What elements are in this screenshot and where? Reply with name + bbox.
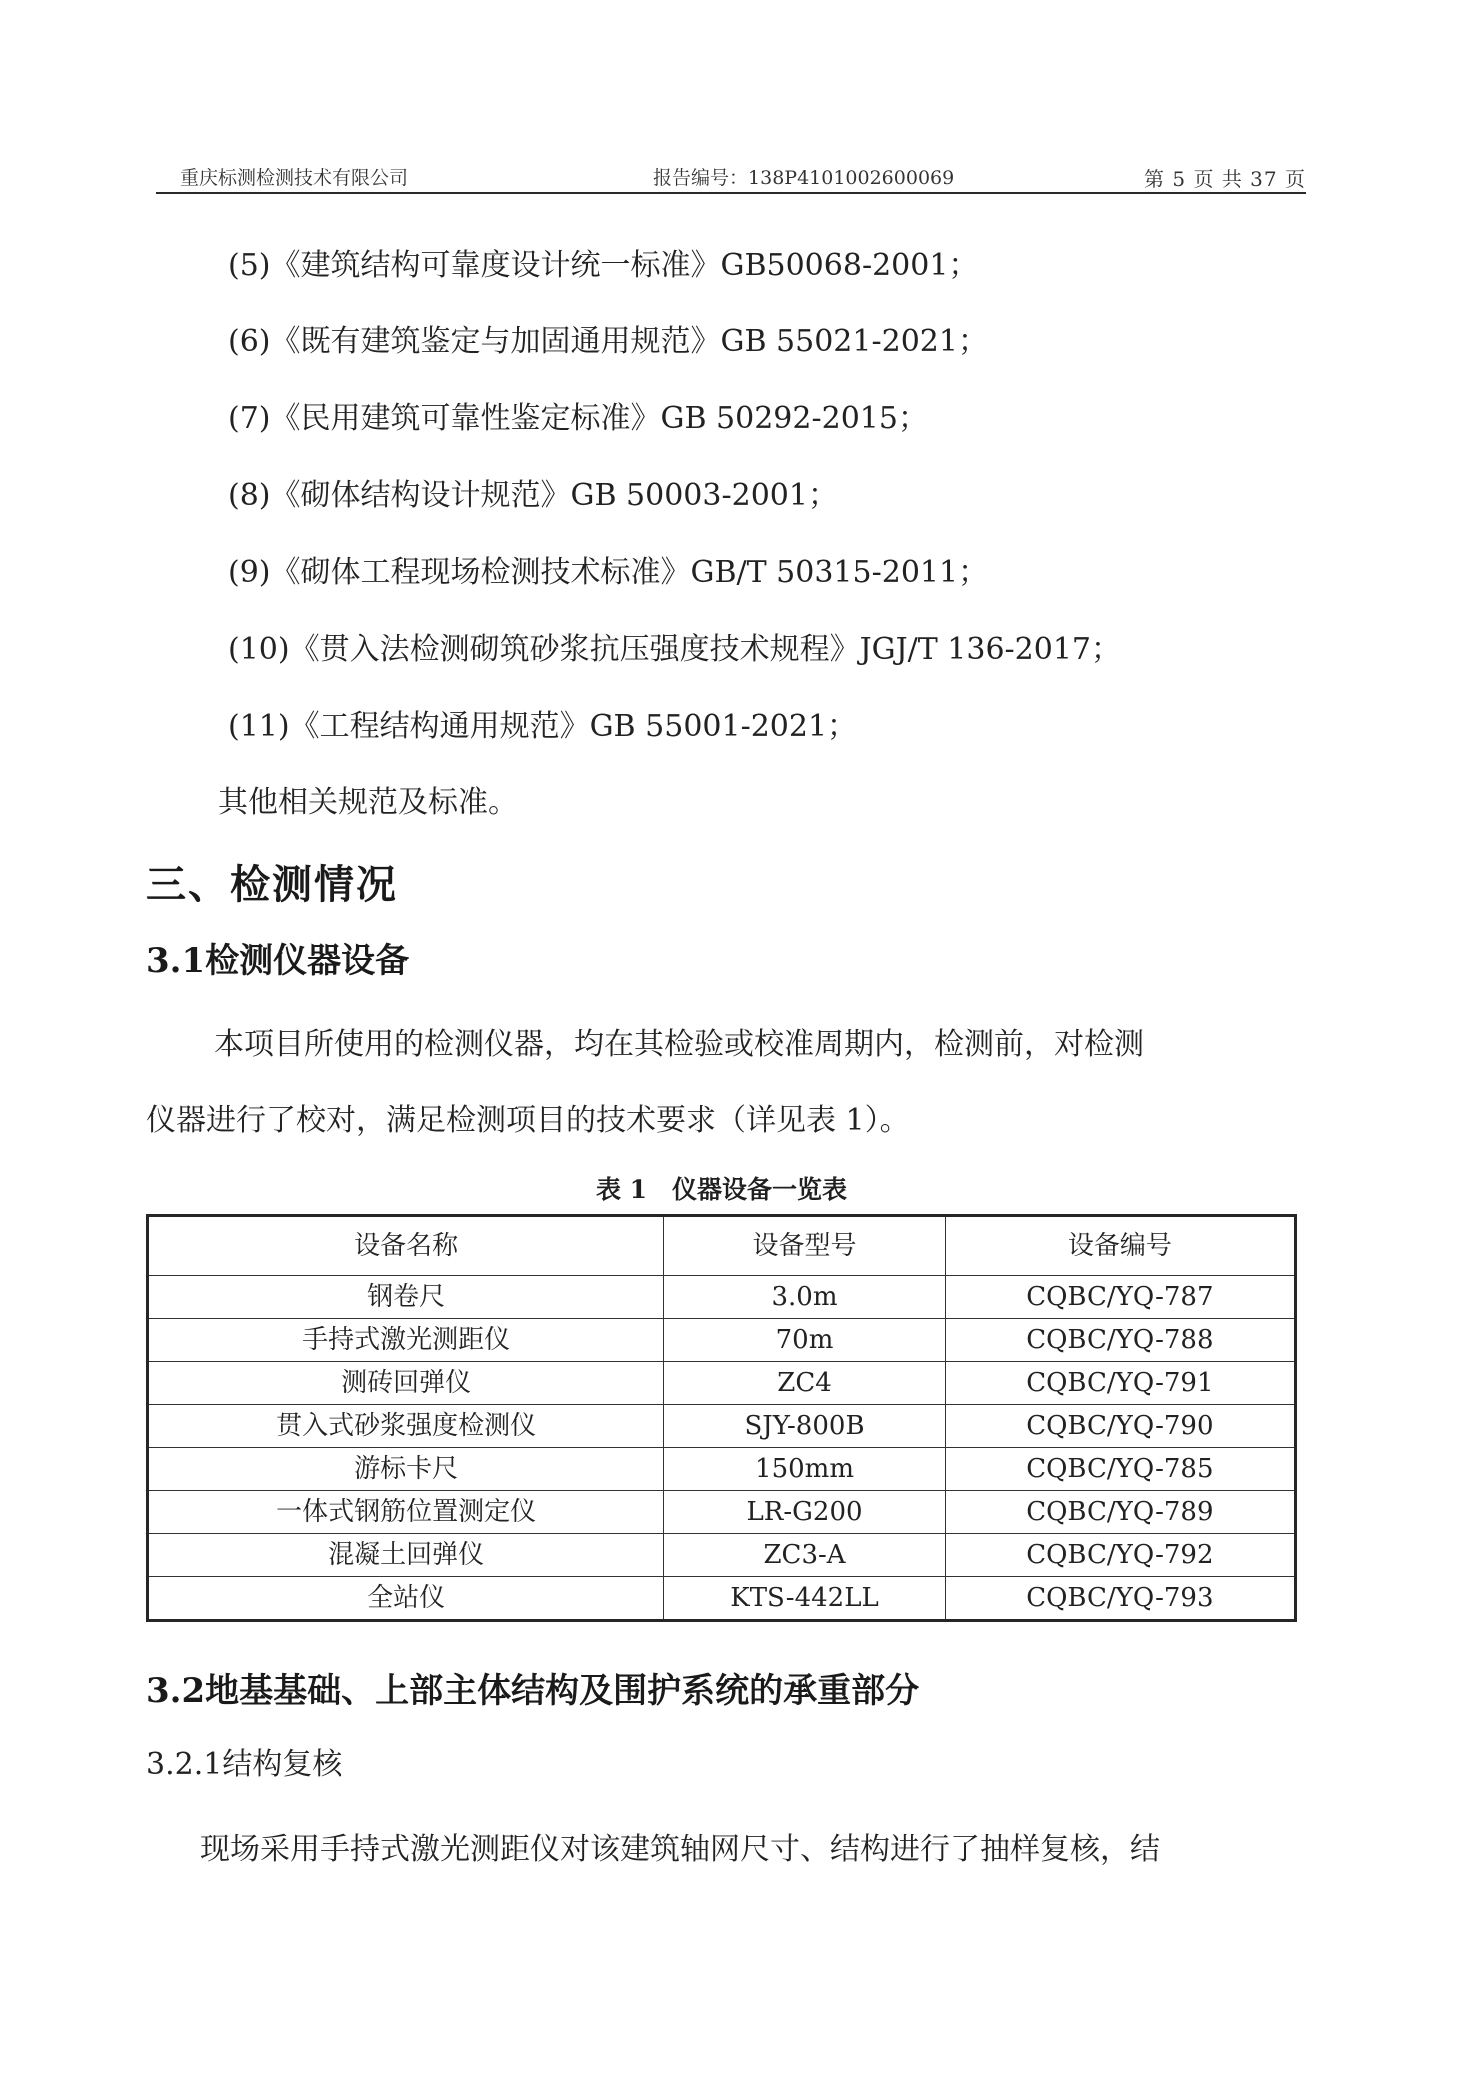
table-row: 游标卡尺 150mm CQBC/YQ-785	[148, 1448, 1296, 1491]
table-row: 贯入式砂浆强度检测仪 SJY-800B CQBC/YQ-790	[148, 1405, 1296, 1448]
cell-name: 一体式钢筋位置测定仪	[148, 1491, 664, 1534]
reference-number: (10)	[228, 632, 290, 667]
reference-number: (8)	[228, 478, 271, 513]
reference-title: 《工程结构通用规范》	[290, 709, 590, 744]
cell-name: 手持式激光测距仪	[148, 1319, 664, 1362]
reference-code: GB 50292-2015；	[661, 401, 928, 436]
references-other: 其他相关规范及标准。	[218, 783, 518, 823]
document-page: 重庆标测检测技术有限公司 报告编号：138P4101002600069 第 5 …	[0, 0, 1457, 2075]
table-row: 钢卷尺 3.0m CQBC/YQ-787	[148, 1276, 1296, 1319]
page-header: 重庆标测检测技术有限公司 报告编号：138P4101002600069 第 5 …	[156, 160, 1306, 200]
cell-model: LR-G200	[664, 1491, 945, 1534]
column-header-id: 设备编号	[945, 1216, 1295, 1276]
cell-id: CQBC/YQ-787	[945, 1276, 1295, 1319]
cell-model: 3.0m	[664, 1276, 945, 1319]
company-name: 重庆标测检测技术有限公司	[180, 163, 408, 190]
reference-code: JGJ/T 136-2017；	[860, 632, 1121, 667]
section-3-2-title: 3.2地基基础、上部主体结构及围护系统的承重部分	[146, 1668, 919, 1714]
table-row: 全站仪 KTS-442LL CQBC/YQ-793	[148, 1577, 1296, 1621]
reference-item: (11)《工程结构通用规范》GB 55001-2021；	[228, 707, 857, 747]
table-row: 一体式钢筋位置测定仪 LR-G200 CQBC/YQ-789	[148, 1491, 1296, 1534]
cell-id: CQBC/YQ-785	[945, 1448, 1295, 1491]
section-3-2-1-paragraph-line1: 现场采用手持式激光测距仪对该建筑轴网尺寸、结构进行了抽样复核，结	[200, 1830, 1360, 1870]
report-number-value: 138P4101002600069	[748, 167, 954, 189]
column-header-name: 设备名称	[148, 1216, 664, 1276]
reference-code: GB 55021-2021；	[721, 324, 988, 359]
reference-code: GB/T 50315-2011；	[691, 555, 989, 590]
reference-title: 《建筑结构可靠度设计统一标准》	[271, 248, 721, 283]
section-3-1-paragraph-line1: 本项目所使用的检测仪器，均在其检验或校准周期内，检测前，对检测	[146, 1025, 1306, 1065]
reference-title: 《砌体工程现场检测技术标准》	[271, 555, 691, 590]
equipment-table: 设备名称 设备型号 设备编号 钢卷尺 3.0m CQBC/YQ-787 手持式激…	[146, 1214, 1297, 1622]
cell-id: CQBC/YQ-791	[945, 1362, 1295, 1405]
table-caption: 表 1 仪器设备一览表	[146, 1170, 1297, 1206]
cell-name: 混凝土回弹仪	[148, 1534, 664, 1577]
cell-name: 测砖回弹仪	[148, 1362, 664, 1405]
cell-name: 全站仪	[148, 1577, 664, 1621]
table-row: 手持式激光测距仪 70m CQBC/YQ-788	[148, 1319, 1296, 1362]
cell-model: 70m	[664, 1319, 945, 1362]
cell-model: 150mm	[664, 1448, 945, 1491]
page-indicator: 第 5 页 共 37 页	[1144, 163, 1306, 192]
reference-item: (7)《民用建筑可靠性鉴定标准》GB 50292-2015；	[228, 399, 928, 439]
cell-id: CQBC/YQ-793	[945, 1577, 1295, 1621]
cell-id: CQBC/YQ-790	[945, 1405, 1295, 1448]
reference-number: (5)	[228, 248, 271, 283]
reference-item: (9)《砌体工程现场检测技术标准》GB/T 50315-2011；	[228, 553, 988, 593]
reference-item: (8)《砌体结构设计规范》GB 50003-2001；	[228, 476, 838, 516]
report-number: 报告编号：138P4101002600069	[653, 163, 954, 190]
table-row: 测砖回弹仪 ZC4 CQBC/YQ-791	[148, 1362, 1296, 1405]
report-number-label: 报告编号：	[653, 167, 748, 189]
reference-title: 《贯入法检测砌筑砂浆抗压强度技术规程》	[290, 632, 860, 667]
section-3-2-1-title: 3.2.1结构复核	[146, 1745, 342, 1785]
reference-code: GB50068-2001；	[721, 248, 979, 283]
cell-model: ZC4	[664, 1362, 945, 1405]
reference-number: (9)	[228, 555, 271, 590]
cell-id: CQBC/YQ-788	[945, 1319, 1295, 1362]
column-header-model: 设备型号	[664, 1216, 945, 1276]
cell-model: SJY-800B	[664, 1405, 945, 1448]
reference-title: 《民用建筑可靠性鉴定标准》	[271, 401, 661, 436]
reference-title: 《既有建筑鉴定与加固通用规范》	[271, 324, 721, 359]
table-row: 混凝土回弹仪 ZC3-A CQBC/YQ-792	[148, 1534, 1296, 1577]
reference-number: (7)	[228, 401, 271, 436]
cell-name: 钢卷尺	[148, 1276, 664, 1319]
reference-number: (6)	[228, 324, 271, 359]
cell-name: 游标卡尺	[148, 1448, 664, 1491]
reference-code: GB 50003-2001；	[571, 478, 838, 513]
reference-title: 《砌体结构设计规范》	[271, 478, 571, 513]
cell-model: ZC3-A	[664, 1534, 945, 1577]
reference-number: (11)	[228, 709, 290, 744]
cell-model: KTS-442LL	[664, 1577, 945, 1621]
reference-item: (6)《既有建筑鉴定与加固通用规范》GB 55021-2021；	[228, 322, 988, 362]
section-3-1-title: 3.1检测仪器设备	[146, 938, 409, 984]
header-divider	[156, 192, 1306, 194]
reference-item: (10)《贯入法检测砌筑砂浆抗压强度技术规程》JGJ/T 136-2017；	[228, 630, 1121, 670]
cell-id: CQBC/YQ-792	[945, 1534, 1295, 1577]
section-3-title: 三、检测情况	[146, 860, 398, 910]
table-header-row: 设备名称 设备型号 设备编号	[148, 1216, 1296, 1276]
reference-code: GB 55001-2021；	[590, 709, 857, 744]
section-3-1-paragraph-line2: 仪器进行了校对，满足检测项目的技术要求（详见表 1）。	[146, 1101, 1306, 1141]
cell-id: CQBC/YQ-789	[945, 1491, 1295, 1534]
cell-name: 贯入式砂浆强度检测仪	[148, 1405, 664, 1448]
reference-item: (5)《建筑结构可靠度设计统一标准》GB50068-2001；	[228, 246, 978, 286]
